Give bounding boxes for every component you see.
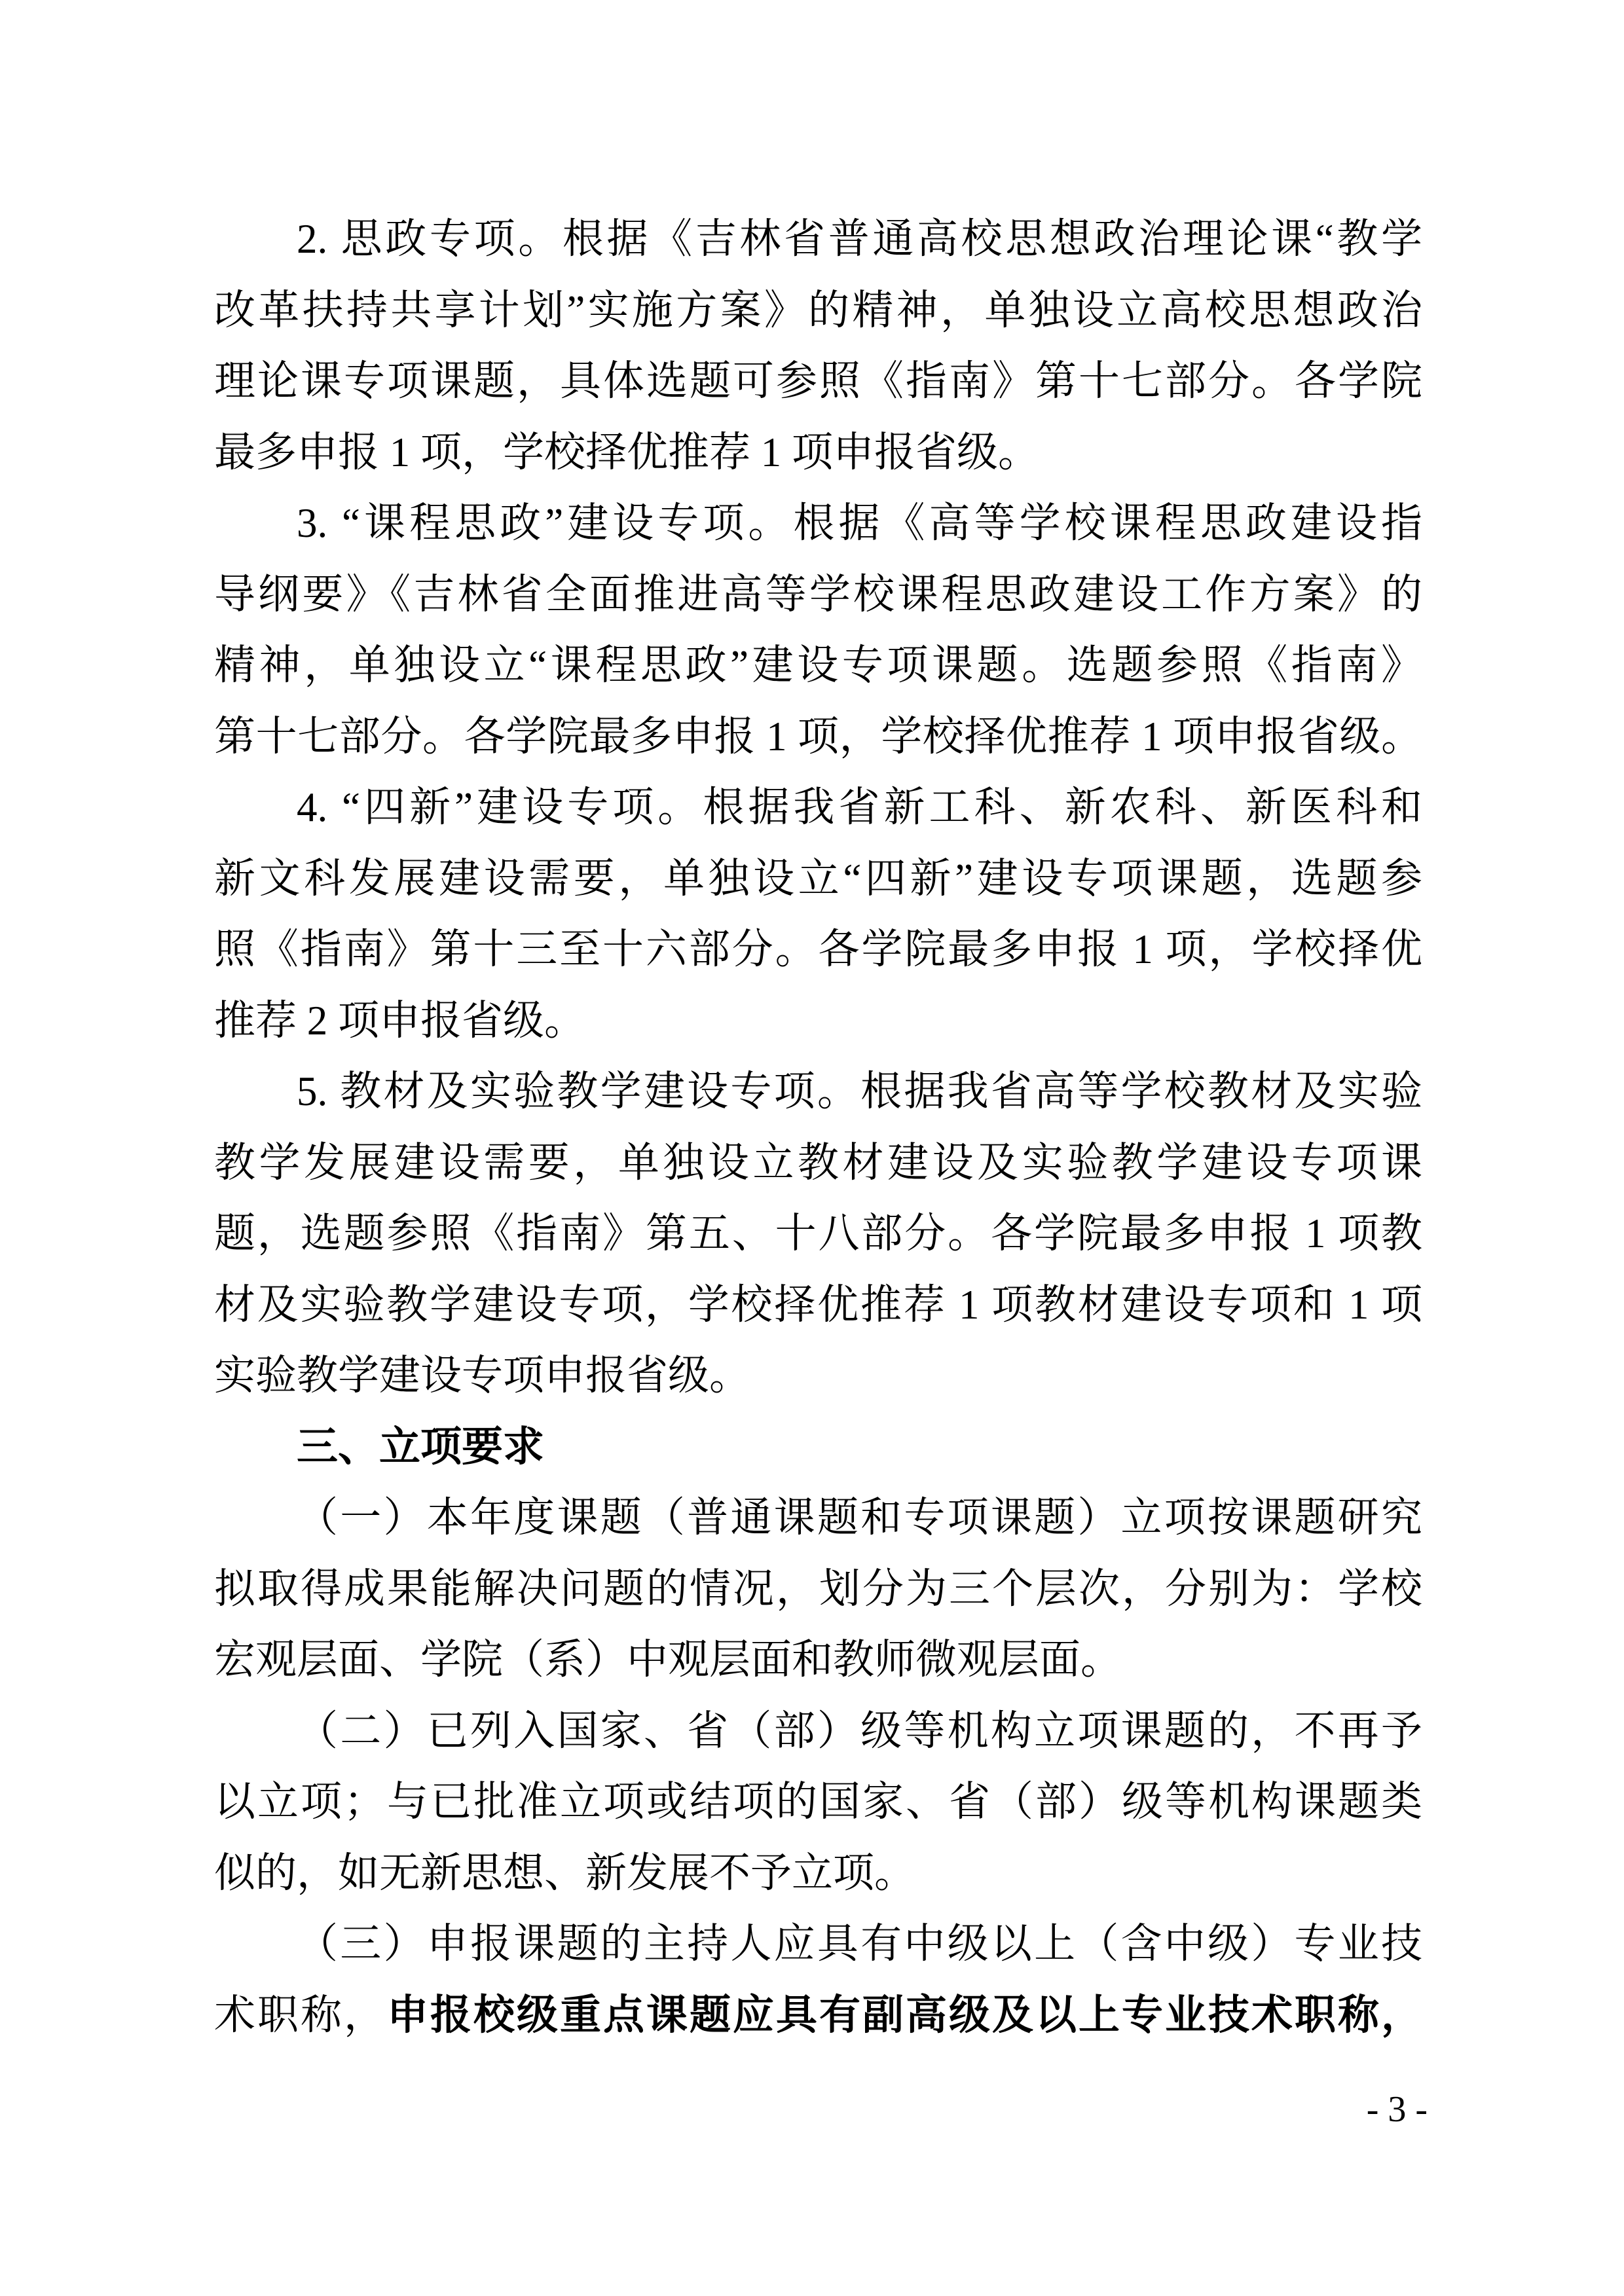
text-segment: 题，选题参照《指南》第五、十八部分。各学院最多申报 1 项教	[214, 1211, 1422, 1256]
text-segment: 材及实验教学建设专项，学校择优推荐 1 项教材建设专项和 1 项	[214, 1282, 1422, 1328]
text-segment: 导纲要》《吉林省全面推进高等学校课程思政建设工作方案》的	[214, 572, 1422, 617]
paragraph-line: 照《指南》第十三至十六部分。各学院最多申报 1 项，学校择优	[214, 914, 1422, 985]
text-segment: 以立项；与已批准立项或结项的国家、省（部）级等机构课题类	[214, 1779, 1422, 1825]
text-segment: 推荐 2 项申报省级。	[214, 998, 585, 1044]
text-segment: 4. “四新”建设专项。根据我省新工科、新农科、新医科和	[297, 784, 1422, 830]
paragraph-line: 宏观层面、学院（系）中观层面和教师微观层面。	[214, 1624, 1422, 1696]
text-segment: 宏观层面、学院（系）中观层面和教师微观层面。	[214, 1637, 1122, 1683]
paragraph-line: 教学发展建设需要，单独设立教材建设及实验教学建设专项课	[214, 1127, 1422, 1199]
text-segment: 2. 思政专项。根据《吉林省普通高校思想政治理论课“教学	[297, 216, 1422, 262]
text-segment: （三）申报课题的主持人应具有中级以上（含中级）专业技	[297, 1921, 1422, 1967]
bold-text-segment: 申报校级重点课题应具有副高级及以上专业技术职称，	[387, 1992, 1422, 2038]
paragraph-line: 术职称，申报校级重点课题应具有副高级及以上专业技术职称，	[214, 1980, 1422, 2051]
document-page: { "page": { "kind": "official-document-p…	[0, 0, 1624, 2296]
paragraph-line: 第十七部分。各学院最多申报 1 项，学校择优推荐 1 项申报省级。	[214, 701, 1422, 773]
text-segment: 照《指南》第十三至十六部分。各学院最多申报 1 项，学校择优	[214, 926, 1422, 972]
paragraph-line: 新文科发展建设需要，单独设立“四新”建设专项课题，选题参	[214, 843, 1422, 915]
text-segment: 新文科发展建设需要，单独设立“四新”建设专项课题，选题参	[214, 856, 1422, 902]
paragraph-line: 最多申报 1 项，学校择优推荐 1 项申报省级。	[214, 417, 1422, 488]
paragraph-line: 精神，单独设立“课程思政”建设专项课题。选题参照《指南》	[214, 630, 1422, 701]
section-heading: 三、立项要求	[214, 1412, 1422, 1483]
paragraph-line: 导纲要》《吉林省全面推进高等学校课程思政建设工作方案》的	[214, 559, 1422, 630]
text-segment: 最多申报 1 项，学校择优推荐 1 项申报省级。	[214, 429, 1039, 475]
text-segment: （二）已列入国家、省（部）级等机构立项课题的，不再予	[297, 1708, 1422, 1754]
text-segment: 精神，单独设立“课程思政”建设专项课题。选题参照《指南》	[214, 642, 1422, 688]
text-segment: （一）本年度课题（普通课题和专项课题）立项按课题研究	[297, 1495, 1422, 1540]
paragraph-line: 理论课专项课题，具体选题可参照《指南》第十七部分。各学院	[214, 346, 1422, 417]
text-segment: 术职称，	[214, 1992, 387, 2038]
text-segment: 改革扶持共享计划”实施方案》的精神，单独设立高校思想政治	[214, 287, 1422, 333]
text-segment: 理论课专项课题，具体选题可参照《指南》第十七部分。各学院	[214, 358, 1422, 404]
paragraph-line: 改革扶持共享计划”实施方案》的精神，单独设立高校思想政治	[214, 275, 1422, 346]
paragraph-line: 推荐 2 项申报省级。	[214, 985, 1422, 1057]
paragraph-line: 材及实验教学建设专项，学校择优推荐 1 项教材建设专项和 1 项	[214, 1269, 1422, 1341]
page-number: - 3 -	[1367, 2088, 1428, 2130]
bold-text-segment: 三、立项要求	[297, 1424, 544, 1470]
text-segment: 第十七部分。各学院最多申报 1 项，学校择优推荐 1 项申报省级。	[214, 714, 1422, 759]
paragraph-line: 4. “四新”建设专项。根据我省新工科、新农科、新医科和	[214, 772, 1422, 843]
document-body: 2. 思政专项。根据《吉林省普通高校思想政治理论课“教学改革扶持共享计划”实施方…	[214, 204, 1422, 2050]
text-segment: 5. 教材及实验教学建设专项。根据我省高等学校教材及实验	[297, 1068, 1422, 1114]
paragraph-line: 似的，如无新思想、新发展不予立项。	[214, 1838, 1422, 1909]
paragraph-line: 2. 思政专项。根据《吉林省普通高校思想政治理论课“教学	[214, 204, 1422, 275]
text-segment: 教学发展建设需要，单独设立教材建设及实验教学建设专项课	[214, 1140, 1422, 1186]
paragraph-line: （二）已列入国家、省（部）级等机构立项课题的，不再予	[214, 1696, 1422, 1767]
paragraph-line: 题，选题参照《指南》第五、十八部分。各学院最多申报 1 项教	[214, 1198, 1422, 1269]
paragraph-line: 5. 教材及实验教学建设专项。根据我省高等学校教材及实验	[214, 1056, 1422, 1127]
paragraph-line: 实验教学建设专项申报省级。	[214, 1340, 1422, 1412]
paragraph-line: 以立项；与已批准立项或结项的国家、省（部）级等机构课题类	[214, 1766, 1422, 1838]
paragraph-line: 拟取得成果能解决问题的情况，划分为三个层次，分别为：学校	[214, 1554, 1422, 1625]
text-segment: 实验教学建设专项申报省级。	[214, 1353, 750, 1398]
text-segment: 3. “课程思政”建设专项。根据《高等学校课程思政建设指	[297, 500, 1422, 546]
paragraph-line: 3. “课程思政”建设专项。根据《高等学校课程思政建设指	[214, 488, 1422, 559]
paragraph-line: （三）申报课题的主持人应具有中级以上（含中级）专业技	[214, 1908, 1422, 1980]
text-segment: 拟取得成果能解决问题的情况，划分为三个层次，分别为：学校	[214, 1566, 1422, 1612]
paragraph-line: （一）本年度课题（普通课题和专项课题）立项按课题研究	[214, 1482, 1422, 1554]
text-segment: 似的，如无新思想、新发展不予立项。	[214, 1850, 915, 1896]
